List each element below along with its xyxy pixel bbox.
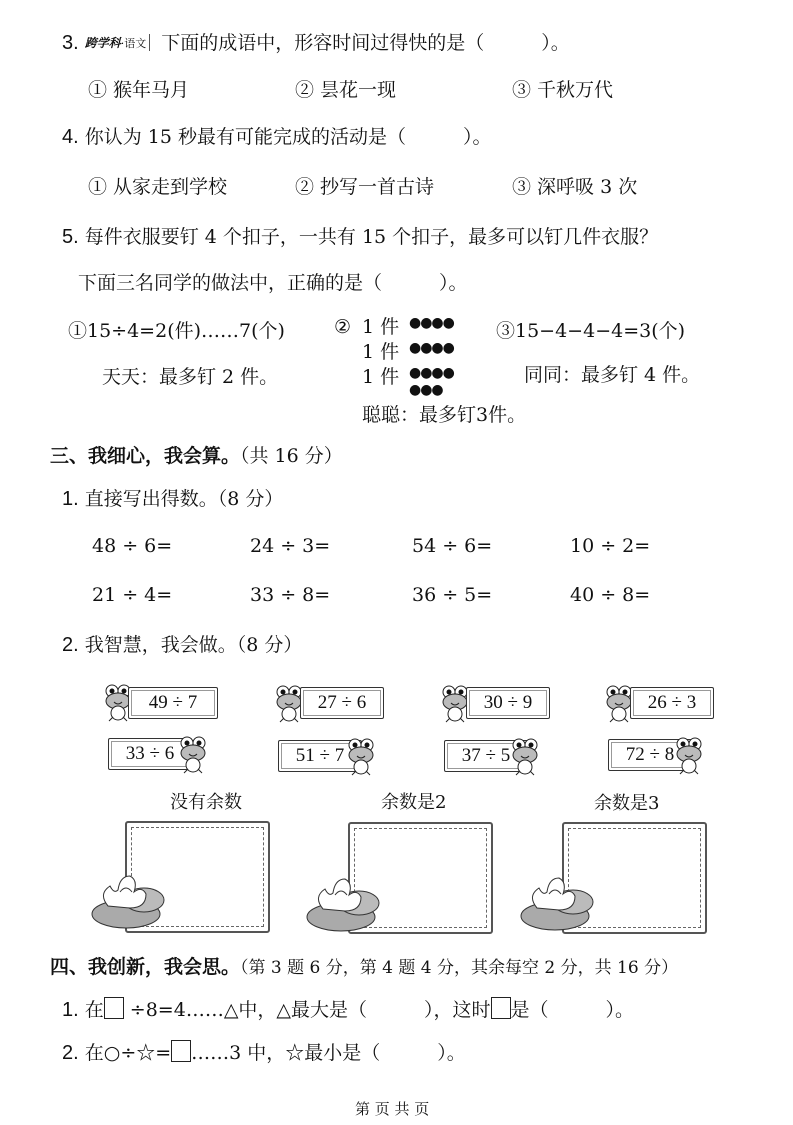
question-3: 3. 跨学科·语文 下面的成语中，形容时间过得快的是（ ）。 [62, 28, 570, 55]
calc-item: 36 ÷ 5= [412, 584, 492, 606]
text-part: ÷8=4……△中，△最大是（ ），这时 [130, 999, 491, 1021]
division-card: 49 ÷ 7 [128, 687, 218, 719]
question-text: 你认为 15 秒最有可能完成的活动是（ ）。 [85, 126, 492, 148]
lotus-icon [515, 864, 595, 934]
q3-option-2: ② 昙花一现 [295, 75, 396, 102]
question-text: 下面的成语中，形容时间过得快的是（ ）。 [161, 32, 570, 54]
question-text: 直接写出得数。（8 分） [85, 488, 284, 510]
button-dots: ●●●● [409, 340, 454, 356]
method-1-name: 天天：最多钉 2 件。 [102, 362, 278, 389]
question-number: 1. [62, 488, 79, 510]
method-3: ③15−4−4−4=3(个) [496, 316, 685, 343]
lotus-icon [301, 865, 381, 935]
section-3-heading: 三、我细心，我会算。（共 16 分） [50, 441, 343, 468]
question-number: 1. [62, 999, 79, 1021]
blank-square[interactable] [491, 997, 511, 1019]
frog-icon [346, 737, 376, 777]
section-score: （第 3 题 6 分，第 4 题 4 分，其余每空 2 分，共 16 分） [240, 958, 678, 978]
cross-subject-tag: 跨学科·语文 [85, 34, 151, 51]
box-label-remainder-2: 余数是2 [381, 788, 446, 814]
question-4: 4. 你认为 15 秒最有可能完成的活动是（ ）。 [62, 122, 492, 149]
division-card: 27 ÷ 6 [300, 687, 384, 719]
method-2-row: 1 件 [362, 312, 399, 339]
q5-subtext: 下面三名同学的做法中，正确的是（ ）。 [78, 268, 468, 295]
division-card: 26 ÷ 3 [630, 687, 714, 719]
lotus-icon [86, 862, 166, 932]
frog-icon [674, 736, 704, 776]
tag-sub: ·语文 [121, 37, 147, 50]
button-dots: ●●●● [409, 365, 454, 381]
section-score: （共 16 分） [240, 445, 343, 467]
method-2-row: 1 件 [362, 337, 399, 364]
q3-option-3: ③ 千秋万代 [512, 75, 613, 102]
section-4-heading: 四、我创新，我会思。（第 3 题 6 分，第 4 题 4 分，其余每空 2 分，… [50, 952, 678, 979]
question-text: 每件衣服要钉 4 个扣子，一共有 15 个扣子，最多可以钉几件衣服？ [85, 226, 658, 248]
page-footer: 第 页 共 页 [355, 1098, 429, 1119]
method-1: ①15÷4=2(件)……7(个) [68, 316, 285, 343]
blank-square[interactable] [104, 997, 124, 1019]
text-part: ……3 中，☆最小是（ ）。 [191, 1042, 466, 1064]
section-4-q1: 1. 在 ÷8=4……△中，△最大是（ ），这时是（ ）。 [62, 995, 634, 1022]
calc-item: 54 ÷ 6= [412, 535, 492, 557]
calc-item: 48 ÷ 6= [92, 535, 172, 557]
box-label-no-remainder: 没有余数 [170, 788, 242, 814]
button-dots: ●●● [409, 382, 443, 398]
method-2-name: 聪聪：最多钉3件。 [362, 400, 526, 427]
question-number: 4. [62, 126, 79, 148]
tag-label: 跨学科 [85, 36, 121, 50]
calc-item: 10 ÷ 2= [570, 535, 650, 557]
calc-item: 21 ÷ 4= [92, 584, 172, 606]
frog-icon [510, 737, 540, 777]
calc-item: 40 ÷ 8= [570, 584, 650, 606]
section-4-q2: 2. 在○÷☆=……3 中，☆最小是（ ）。 [62, 1038, 466, 1065]
question-number: 5. [62, 226, 79, 248]
section-3-q2: 2. 我智慧，我会做。（8 分） [62, 630, 302, 657]
question-number: 2. [62, 1042, 79, 1064]
section-title: 四、我创新，我会思。 [50, 956, 240, 978]
method-2-label: ② [334, 316, 351, 338]
question-text: 我智慧，我会做。（8 分） [85, 634, 303, 656]
text-part: 是（ ）。 [511, 999, 635, 1021]
q3-option-1: ① 猴年马月 [88, 75, 189, 102]
section-3-q1: 1. 直接写出得数。（8 分） [62, 484, 283, 511]
blank-square[interactable] [171, 1040, 191, 1062]
button-dots: ●●●● [409, 315, 454, 331]
q4-option-1: ① 从家走到学校 [88, 172, 227, 199]
section-title: 三、我细心，我会算。 [50, 445, 240, 467]
box-label-remainder-3: 余数是3 [594, 789, 659, 815]
frog-icon [178, 735, 208, 775]
q4-option-2: ② 抄写一首古诗 [295, 172, 434, 199]
text-part: 在○÷☆= [85, 1042, 171, 1064]
question-5: 5. 每件衣服要钉 4 个扣子，一共有 15 个扣子，最多可以钉几件衣服？ [62, 222, 658, 249]
method-3-name: 同同：最多钉 4 件。 [524, 360, 700, 387]
text-part: 在 [85, 999, 104, 1021]
division-card: 30 ÷ 9 [466, 687, 550, 719]
question-number: 3. [62, 32, 79, 54]
calc-item: 33 ÷ 8= [250, 584, 330, 606]
q4-option-3: ③ 深呼吸 3 次 [512, 172, 637, 199]
calc-item: 24 ÷ 3= [250, 535, 330, 557]
question-number: 2. [62, 634, 79, 656]
method-2-row: 1 件 [362, 362, 399, 389]
